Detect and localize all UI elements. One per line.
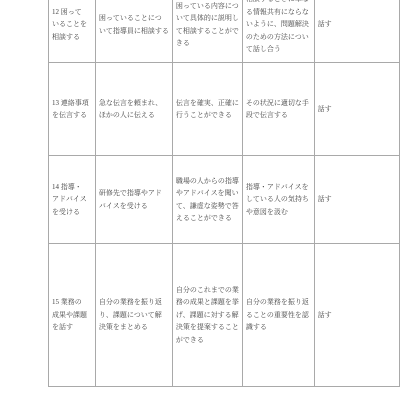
- table-row-12: 12 困って いることを 相談する 困っていることにつ いて指導員に相談する 困…: [49, 0, 400, 63]
- cell-advanced-13: その状況に適切な手 段で伝言する: [242, 63, 314, 156]
- cell-item-14: 14 指導・ アドバイス を受ける: [49, 156, 96, 244]
- cell-advanced-12: 相談するときに単な る情報共有にならな いように、問題解決 のための方法につい …: [242, 0, 314, 63]
- cell-item-12: 12 困って いることを 相談する: [49, 0, 96, 63]
- cell-skill-15: 話す: [314, 244, 399, 387]
- cell-task-12: 困っていることにつ いて指導員に相談する: [95, 0, 172, 63]
- cell-skill-12: 話す: [314, 0, 399, 63]
- cell-skill-14: 話す: [314, 156, 399, 244]
- cell-advanced-15: 自分の業務を振り返 ることの重要性を認 識する: [242, 244, 314, 387]
- cell-task-14: 研修先で指導やアド バイスを受ける: [95, 156, 172, 244]
- cell-item-15: 15 業務の 成果や課題 を話す: [49, 244, 96, 387]
- assessment-table: 12 困って いることを 相談する 困っていることにつ いて指導員に相談する 困…: [48, 0, 400, 387]
- table-row-13: 13 連絡事項 を伝言する 急な伝言を頼まれ、 ほかの人に伝える 伝言を確実、正…: [49, 63, 400, 156]
- cell-cando-12: 困っている内容につ いて具体的に説明し て相談することがで きる: [172, 0, 242, 63]
- cell-cando-15: 自分のこれまでの業 務の成果と課題を挙 げ、課題に対する解 決策を提案すること …: [172, 244, 242, 387]
- cell-skill-13: 話す: [314, 63, 399, 156]
- cell-cando-13: 伝言を確実、正確に 行うことができる: [172, 63, 242, 156]
- table-row-14: 14 指導・ アドバイス を受ける 研修先で指導やアド バイスを受ける 職場の人…: [49, 156, 400, 244]
- cell-advanced-14: 指導・アドバイスを している人の気持ち や意図を汲む: [242, 156, 314, 244]
- document-page: 12 困って いることを 相談する 困っていることにつ いて指導員に相談する 困…: [0, 0, 400, 400]
- cell-cando-14: 職場の人からの指導 やアドバイスを聞い て、謙虚な姿勢で答 えることができる: [172, 156, 242, 244]
- table-row-15: 15 業務の 成果や課題 を話す 自分の業務を振り返 り、課題について解 決策を…: [49, 244, 400, 387]
- cell-task-15: 自分の業務を振り返 り、課題について解 決策をまとめる: [95, 244, 172, 387]
- cell-item-13: 13 連絡事項 を伝言する: [49, 63, 96, 156]
- cell-task-13: 急な伝言を頼まれ、 ほかの人に伝える: [95, 63, 172, 156]
